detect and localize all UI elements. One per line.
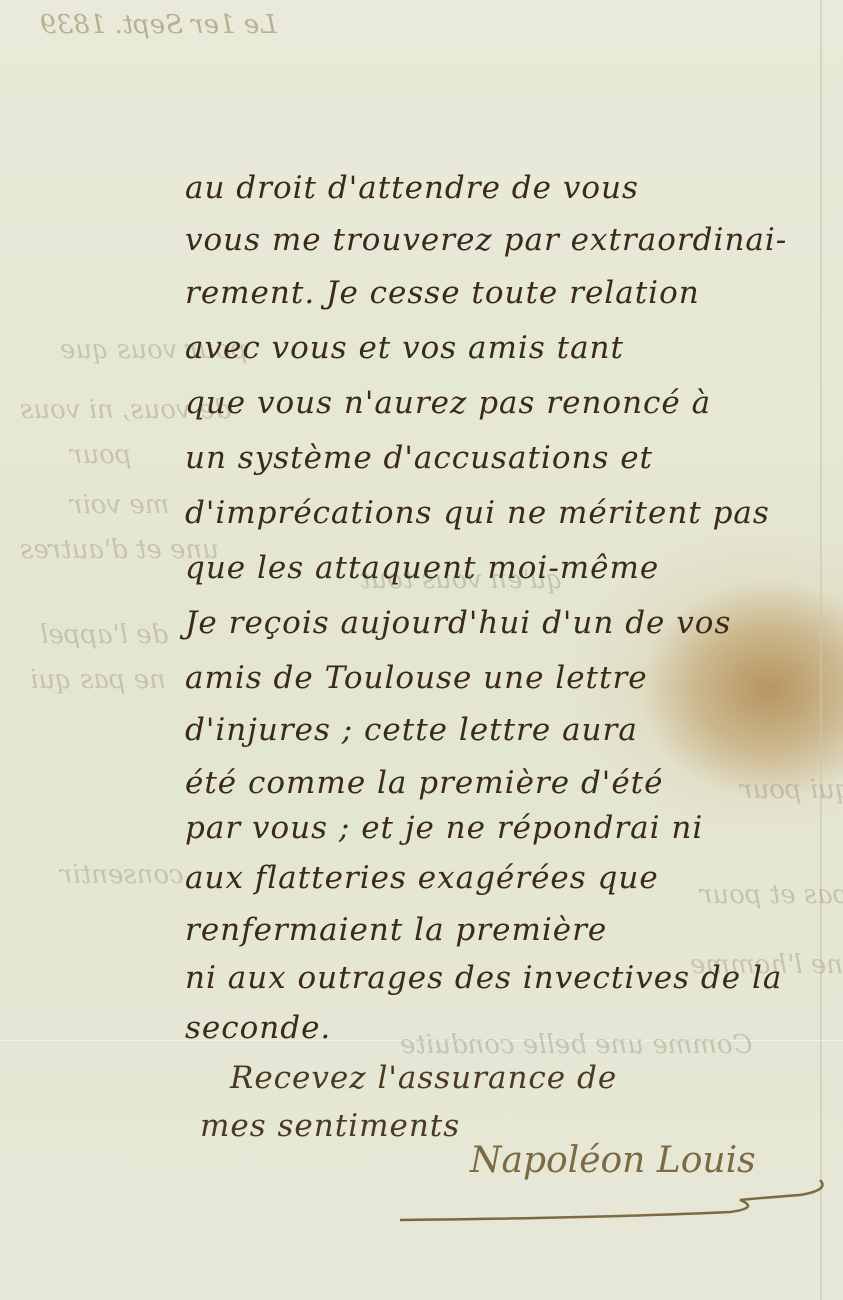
letter-line: amis de Toulouse une lettre bbox=[185, 660, 648, 696]
letter-line: par vous ; et je ne répondrai ni bbox=[185, 810, 703, 846]
letter-line: avec vous et vos amis tant bbox=[185, 330, 624, 366]
letter-line: renfermaient la première bbox=[185, 912, 607, 948]
letter-line: un système d'accusations et bbox=[185, 440, 653, 476]
letter-line: que vous n'aurez pas renoncé à bbox=[185, 385, 711, 421]
signature-flourish bbox=[400, 1180, 840, 1240]
letter-line: d'imprécations qui ne méritent pas bbox=[185, 495, 770, 531]
bleed-text: pas et pour bbox=[700, 880, 843, 910]
letter-line: rement. Je cesse toute relation bbox=[185, 275, 700, 311]
closing-line: mes sentiments bbox=[200, 1108, 460, 1144]
letter-line: aux flatteries exagérées que bbox=[185, 860, 659, 896]
letter-line: Je reçois aujourd'hui d'un de vos bbox=[185, 605, 731, 641]
paper-fold-vertical bbox=[820, 0, 822, 1300]
letter-line: que les attaquent moi-même bbox=[185, 550, 659, 586]
letter-line: d'injures ; cette lettre aura bbox=[185, 712, 638, 748]
bleed-text: Comme une belle conduite bbox=[400, 1030, 752, 1060]
letter-line: au droit d'attendre de vous bbox=[185, 170, 639, 206]
closing-line: Recevez l'assurance de bbox=[230, 1060, 617, 1096]
date-line: Le 1er Sept. 1839 bbox=[40, 10, 277, 40]
letter-line: vous me trouverez par extraordinai- bbox=[185, 222, 787, 258]
bleed-text: de l'appel bbox=[40, 620, 168, 650]
bleed-text: me voir bbox=[70, 490, 169, 520]
signature: Napoléon Louis bbox=[470, 1140, 756, 1181]
letter-line: seconde. bbox=[185, 1010, 331, 1046]
bleed-text: ne pas qui bbox=[30, 665, 166, 695]
letter-line: ni aux outrages des invectives de la bbox=[185, 960, 782, 996]
bleed-text: qui pour bbox=[740, 775, 843, 805]
letter-line: été comme la première d'été bbox=[185, 765, 663, 801]
bleed-text: pour bbox=[70, 440, 131, 470]
bleed-text: consentir bbox=[60, 860, 184, 890]
